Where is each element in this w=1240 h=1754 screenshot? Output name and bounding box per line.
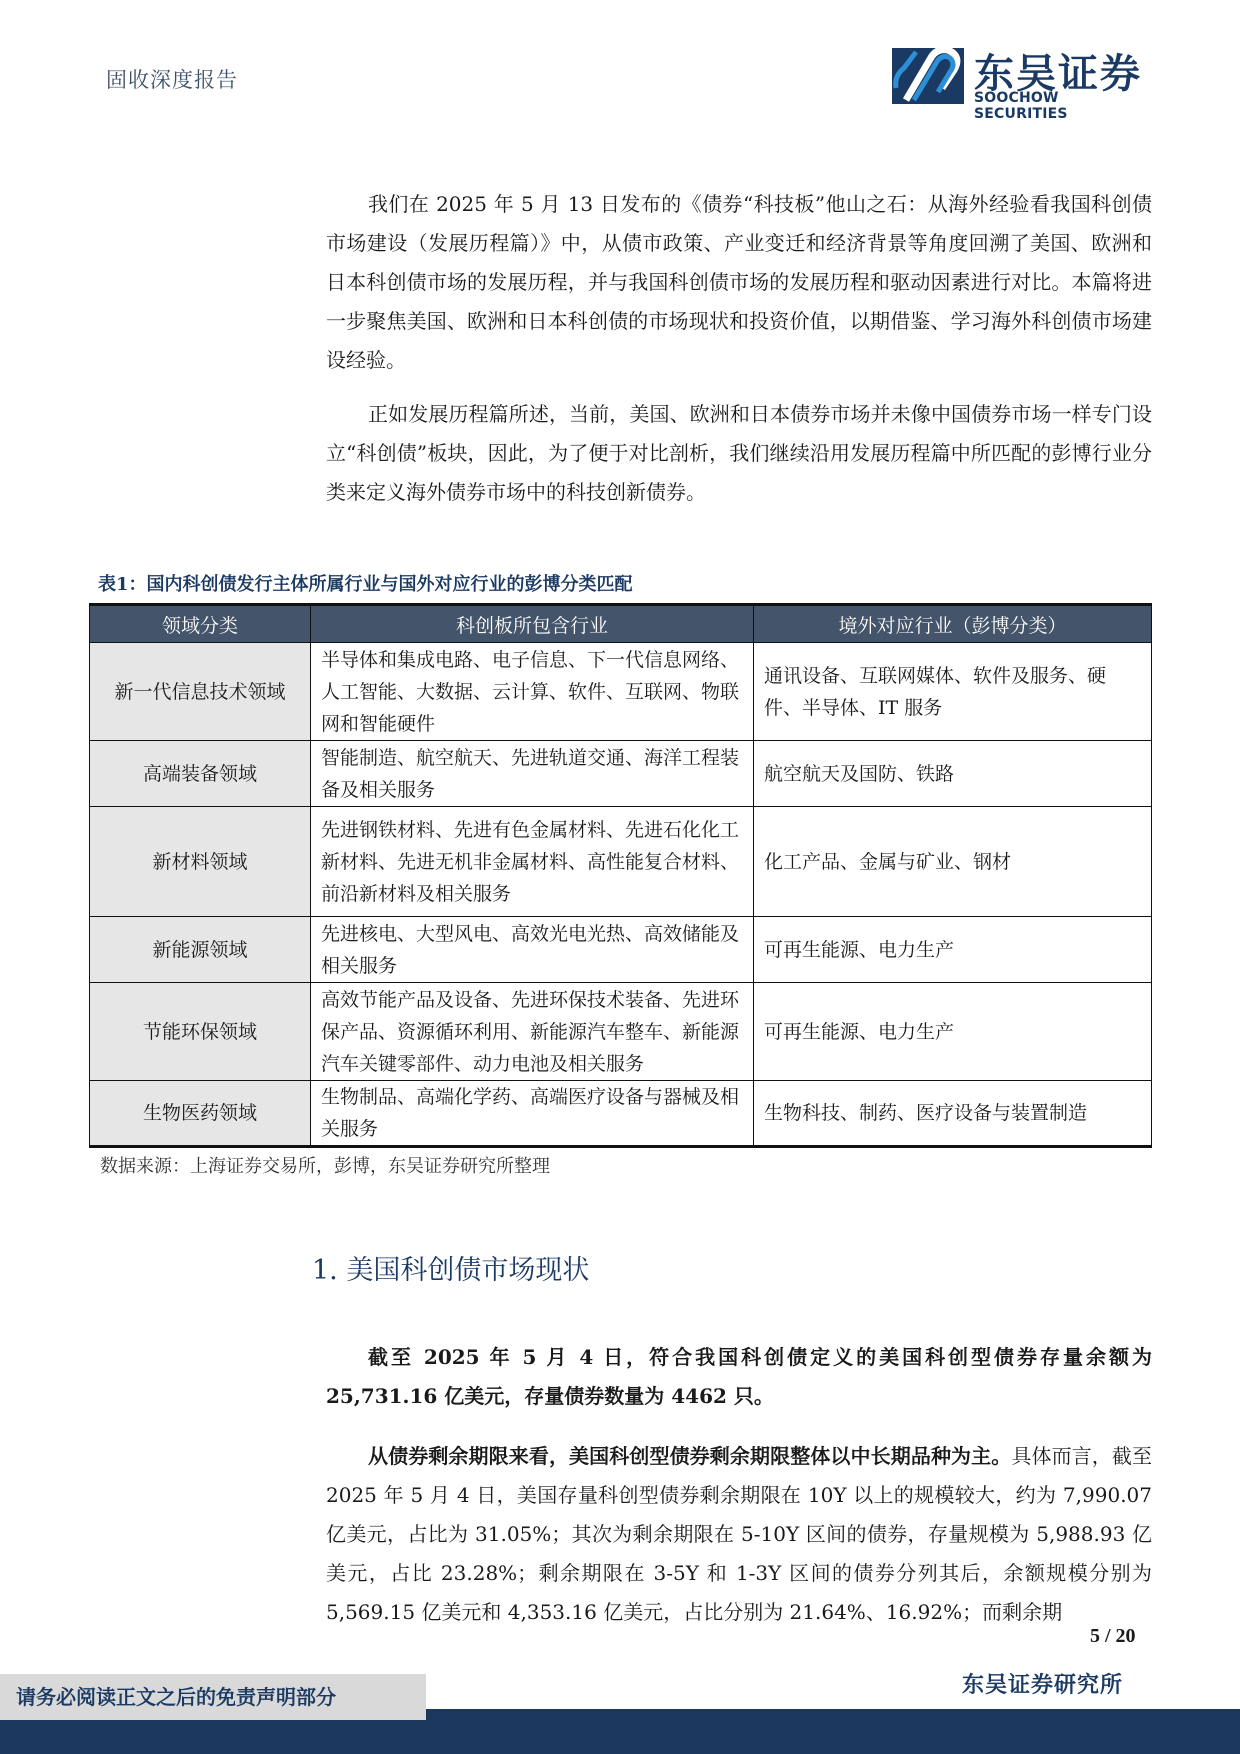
star-industries-cell: 先进核电、大型风电、高效光电光热、高效储能及相关服务	[311, 917, 754, 983]
company-logo: 东吴证券 SOOCHOW SECURITIES	[892, 46, 1152, 108]
bloomberg-cell: 化工产品、金属与矿业、钢材	[754, 807, 1152, 917]
logo-english-name: SOOCHOW SECURITIES	[974, 90, 1152, 122]
category-cell: 节能环保领域	[90, 983, 311, 1081]
report-type-label: 固收深度报告	[106, 64, 238, 94]
bloomberg-cell: 可再生能源、电力生产	[754, 917, 1152, 983]
category-cell: 生物医药领域	[90, 1081, 311, 1147]
star-industries-cell: 先进钢铁材料、先进有色金属材料、先进石化化工新材料、先进无机非金属材料、高性能复…	[311, 807, 754, 917]
bloomberg-cell: 航空航天及国防、铁路	[754, 741, 1152, 807]
maturity-detail-text: 具体而言，截至 2025 年 5 月 4 日，美国存量科创型债券剩余期限在 10…	[326, 1444, 1152, 1624]
table-row: 节能环保领域 高效节能产品及设备、先进环保技术装备、先进环保产品、资源循环利用、…	[90, 983, 1152, 1081]
bloomberg-cell: 通讯设备、互联网媒体、软件及服务、硬件、半导体、IT 服务	[754, 643, 1152, 741]
bloomberg-cell: 可再生能源、电力生产	[754, 983, 1152, 1081]
page-number: 5 / 20	[1090, 1625, 1136, 1648]
category-cell: 新材料领域	[90, 807, 311, 917]
table-header-row: 领域分类 科创板所包含行业 境外对应行业（彭博分类）	[90, 605, 1152, 643]
section-heading: 1. 美国科创债市场现状	[312, 1248, 589, 1287]
intro-paragraph-2: 正如发展历程篇所述，当前，美国、欧洲和日本债券市场并未像中国债券市场一样专门设立…	[326, 395, 1152, 512]
category-cell: 新能源领域	[90, 917, 311, 983]
table-source-note: 数据来源：上海证券交易所，彭博，东吴证券研究所整理	[100, 1152, 550, 1178]
table-row: 新能源领域 先进核电、大型风电、高效光电光热、高效储能及相关服务 可再生能源、电…	[90, 917, 1152, 983]
header-bloomberg: 境外对应行业（彭博分类）	[754, 605, 1152, 643]
category-cell: 高端装备领域	[90, 741, 311, 807]
bloomberg-cell: 生物科技、制药、医疗设备与装置制造	[754, 1081, 1152, 1147]
star-industries-cell: 高效节能产品及设备、先进环保技术装备、先进环保产品、资源循环利用、新能源汽车整车…	[311, 983, 754, 1081]
disclaimer-note: 请务必阅读正文之后的免责声明部分	[0, 1674, 426, 1720]
star-industries-cell: 生物制品、高端化学药、高端医疗设备与器械及相关服务	[311, 1081, 754, 1147]
table-row: 生物医药领域 生物制品、高端化学药、高端医疗设备与器械及相关服务 生物科技、制药…	[90, 1081, 1152, 1147]
intro-paragraph-1: 我们在 2025 年 5 月 13 日发布的《债券“科技板”他山之石：从海外经验…	[326, 185, 1152, 380]
table-title: 表1：国内科创债发行主体所属行业与国外对应行业的彭博分类匹配	[98, 570, 633, 596]
category-cell: 新一代信息技术领域	[90, 643, 311, 741]
footer-org-name: 东吴证券研究所	[962, 1668, 1123, 1699]
section-summary-paragraph: 截至 2025 年 5 月 4 日，符合我国科创债定义的美国科创型债券存量余额为…	[326, 1338, 1152, 1416]
star-industries-cell: 半导体和集成电路、电子信息、下一代信息网络、人工智能、大数据、云计算、软件、互联…	[311, 643, 754, 741]
maturity-lead-sentence: 从债券剩余期限来看，美国科创型债券剩余期限整体以中长期品种为主。	[368, 1444, 1011, 1468]
soochow-logo-icon	[892, 48, 964, 104]
maturity-paragraph: 从债券剩余期限来看，美国科创型债券剩余期限整体以中长期品种为主。具体而言，截至 …	[326, 1437, 1152, 1632]
star-industries-cell: 智能制造、航空航天、先进轨道交通、海洋工程装备及相关服务	[311, 741, 754, 807]
table-row: 新材料领域 先进钢铁材料、先进有色金属材料、先进石化化工新材料、先进无机非金属材…	[90, 807, 1152, 917]
table-row: 新一代信息技术领域 半导体和集成电路、电子信息、下一代信息网络、人工智能、大数据…	[90, 643, 1152, 741]
header-star-industries: 科创板所包含行业	[311, 605, 754, 643]
table-row: 高端装备领域 智能制造、航空航天、先进轨道交通、海洋工程装备及相关服务 航空航天…	[90, 741, 1152, 807]
header-category: 领域分类	[90, 605, 311, 643]
industry-mapping-table: 领域分类 科创板所包含行业 境外对应行业（彭博分类） 新一代信息技术领域 半导体…	[89, 603, 1152, 1148]
